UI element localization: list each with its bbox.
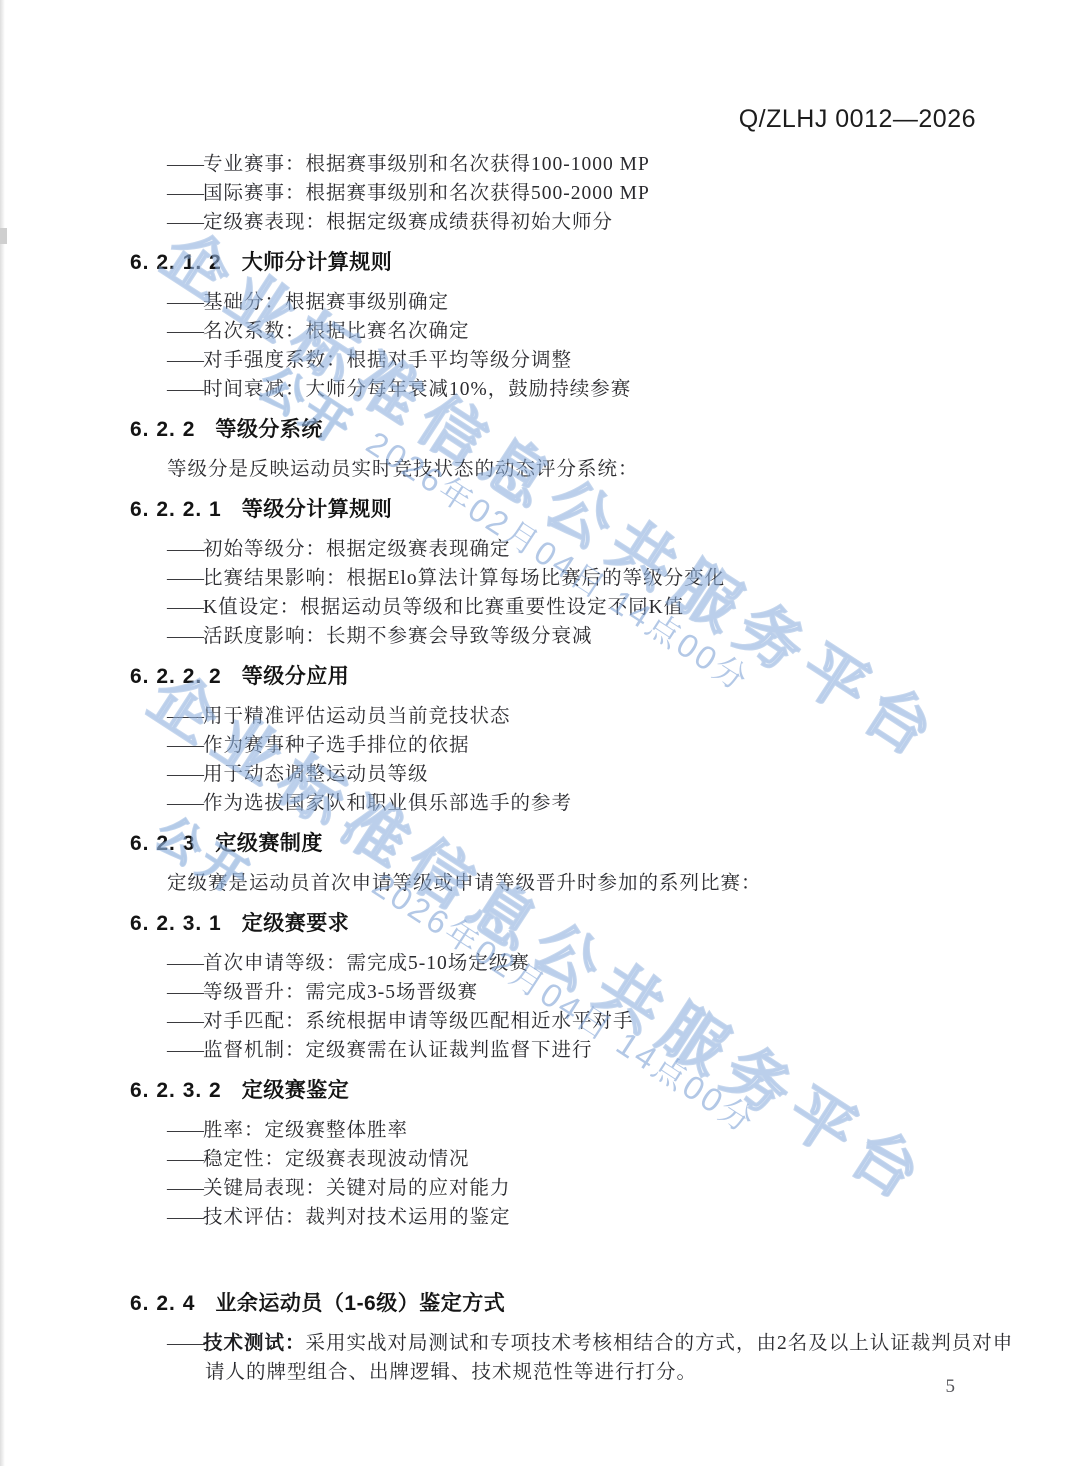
em-dash: —— <box>167 1040 203 1061</box>
section-number: 6. 2. 2 <box>130 418 195 441</box>
em-dash: —— <box>167 735 203 756</box>
section-title: 等级分系统 <box>215 418 323 441</box>
list-item-text: 稳定性：定级赛表现波动情况 <box>203 1149 470 1170</box>
scan-edge-notch <box>0 228 7 244</box>
list-item-text: 初始等级分：根据定级赛表现确定 <box>203 539 511 560</box>
section-heading: 6. 2. 1. 2大师分计算规则 <box>130 249 1016 276</box>
list-item: ——作为赛事种子选手排位的依据 <box>167 731 1016 760</box>
list-item-text: 作为选拔国家队和职业俱乐部选手的参考 <box>203 793 572 814</box>
list-item-text: 活跃度影响：长期不参赛会导致等级分衰减 <box>203 626 593 647</box>
em-dash: —— <box>167 706 203 727</box>
em-dash: —— <box>167 793 203 814</box>
list-item: ——国际赛事：根据赛事级别和名次获得500-2000 MP <box>167 179 1016 208</box>
list-item: ——专业赛事：根据赛事级别和名次获得100-1000 MP <box>167 150 1016 179</box>
section-number: 6. 2. 3 <box>130 832 195 855</box>
list-item-text: 定级赛表现：根据定级赛成绩获得初始大师分 <box>203 212 613 233</box>
list-item-text: 技术评估：裁判对技术运用的鉴定 <box>203 1207 511 1228</box>
document-page: { "page": { "doc_code": "Q/ZLHJ 0012—202… <box>0 0 1080 1466</box>
list-item: ——名次系数：根据比赛名次确定 <box>167 317 1016 346</box>
em-dash: —— <box>167 626 203 647</box>
list-item-text: 监督机制：定级赛需在认证裁判监督下进行 <box>203 1040 593 1061</box>
section-title: 等级分计算规则 <box>242 498 393 521</box>
list-item-text: K值设定：根据运动员等级和比赛重要性设定不同K值 <box>203 597 684 618</box>
list-item: ——首次申请等级：需完成5-10场定级赛 <box>167 949 1016 978</box>
em-dash: —— <box>167 982 203 1003</box>
section-number: 6. 2. 2. 1 <box>130 498 222 521</box>
list-item: ——对手匹配：系统根据申请等级匹配相近水平对手 <box>167 1007 1016 1036</box>
em-dash: —— <box>167 568 203 589</box>
em-dash: —— <box>167 350 203 371</box>
section-title: 大师分计算规则 <box>242 251 393 274</box>
section-number: 6. 2. 1. 2 <box>130 251 222 274</box>
list-item-text: 对手匹配：系统根据申请等级匹配相近水平对手 <box>203 1011 634 1032</box>
section-number: 6. 2. 4 <box>130 1292 195 1315</box>
em-dash: —— <box>167 379 203 400</box>
list-item: ——活跃度影响：长期不参赛会导致等级分衰减 <box>167 622 1016 651</box>
em-dash: —— <box>167 953 203 974</box>
em-dash: —— <box>167 1149 203 1170</box>
section-title: 等级分应用 <box>242 665 350 688</box>
list-item-text: 专业赛事：根据赛事级别和名次获得100-1000 MP <box>203 154 650 175</box>
list-item: ——稳定性：定级赛表现波动情况 <box>167 1145 1016 1174</box>
list-item: ——比赛结果影响：根据Elo算法计算每场比赛后的等级分变化 <box>167 564 1016 593</box>
list-item-text: 作为赛事种子选手排位的依据 <box>203 735 470 756</box>
list-item: ——监督机制：定级赛需在认证裁判监督下进行 <box>167 1036 1016 1065</box>
list-item: ——初始等级分：根据定级赛表现确定 <box>167 535 1016 564</box>
list-item-text: 对手强度系数：根据对手平均等级分调整 <box>203 350 572 371</box>
section-heading: 6. 2. 2等级分系统 <box>130 416 1016 443</box>
list-item-text: 基础分：根据赛事级别确定 <box>203 292 449 313</box>
list-item: ——K值设定：根据运动员等级和比赛重要性设定不同K值 <box>167 593 1016 622</box>
scan-edge-shadow <box>0 0 5 1466</box>
section-heading: 6. 2. 3定级赛制度 <box>130 830 1016 857</box>
document-body: ——专业赛事：根据赛事级别和名次获得100-1000 MP ——国际赛事：根据赛… <box>130 150 1016 1387</box>
em-dash: —— <box>167 292 203 313</box>
list-item-text: 用于精准评估运动员当前竞技状态 <box>203 706 511 727</box>
list-item: ——对手强度系数：根据对手平均等级分调整 <box>167 346 1016 375</box>
list-item-text: 用于动态调整运动员等级 <box>203 764 429 785</box>
list-item-text: 关键局表现：关键对局的应对能力 <box>203 1178 511 1199</box>
em-dash: —— <box>167 1333 203 1354</box>
list-item-text: 首次申请等级：需完成5-10场定级赛 <box>203 953 530 974</box>
em-dash: —— <box>167 597 203 618</box>
section-heading: 6. 2. 3. 1定级赛要求 <box>130 910 1016 937</box>
list-item-text: 名次系数：根据比赛名次确定 <box>203 321 470 342</box>
em-dash: —— <box>167 1120 203 1141</box>
list-item: ——胜率：定级赛整体胜率 <box>167 1116 1016 1145</box>
em-dash: —— <box>167 1207 203 1228</box>
section-title: 业余运动员（1-6级）鉴定方式 <box>215 1292 505 1315</box>
list-item: ——作为选拔国家队和职业俱乐部选手的参考 <box>167 789 1016 818</box>
section-title: 定级赛制度 <box>215 832 323 855</box>
list-item: ——时间衰减：大师分每年衰减10%，鼓励持续参赛 <box>167 375 1016 404</box>
em-dash: —— <box>167 1011 203 1032</box>
list-item: ——用于精准评估运动员当前竞技状态 <box>167 702 1016 731</box>
em-dash: —— <box>167 321 203 342</box>
list-item: ——用于动态调整运动员等级 <box>167 760 1016 789</box>
em-dash: —— <box>167 154 203 175</box>
list-item: ——基础分：根据赛事级别确定 <box>167 288 1016 317</box>
list-item-text: 胜率：定级赛整体胜率 <box>203 1120 408 1141</box>
list-item-text: 比赛结果影响：根据Elo算法计算每场比赛后的等级分变化 <box>203 568 725 589</box>
list-item: ——关键局表现：关键对局的应对能力 <box>167 1174 1016 1203</box>
list-item-text: 采用实战对局测试和专项技术考核相结合的方式，由2名及以上认证裁判员对申请人的牌型… <box>205 1333 1013 1383</box>
em-dash: —— <box>167 1178 203 1199</box>
section-heading: 6. 2. 2. 1等级分计算规则 <box>130 496 1016 523</box>
list-item: ——定级赛表现：根据定级赛成绩获得初始大师分 <box>167 208 1016 237</box>
list-item-text: 时间衰减：大师分每年衰减10%，鼓励持续参赛 <box>203 379 631 400</box>
em-dash: —— <box>167 183 203 204</box>
list-item-text: 等级晋升：需完成3-5场晋级赛 <box>203 982 478 1003</box>
em-dash: —— <box>167 212 203 233</box>
list-item-lead: 技术测试： <box>203 1332 306 1354</box>
section-title: 定级赛鉴定 <box>242 1079 350 1102</box>
list-item: ——技术评估：裁判对技术运用的鉴定 <box>167 1203 1016 1232</box>
section-number: 6. 2. 3. 1 <box>130 912 222 935</box>
paragraph: 定级赛是运动员首次申请等级或申请等级晋升时参加的系列比赛： <box>167 869 1016 898</box>
section-number: 6. 2. 2. 2 <box>130 665 222 688</box>
paragraph: 等级分是反映运动员实时竞技状态的动态评分系统： <box>167 455 1016 484</box>
em-dash: —— <box>167 539 203 560</box>
section-heading: 6. 2. 4业余运动员（1-6级）鉴定方式 <box>130 1290 1016 1317</box>
section-title: 定级赛要求 <box>242 912 350 935</box>
list-item: ——技术测试：采用实战对局测试和专项技术考核相结合的方式，由2名及以上认证裁判员… <box>167 1329 1016 1387</box>
document-code: Q/ZLHJ 0012—2026 <box>739 105 976 134</box>
section-heading: 6. 2. 2. 2等级分应用 <box>130 663 1016 690</box>
section-number: 6. 2. 3. 2 <box>130 1079 222 1102</box>
section-heading: 6. 2. 3. 2定级赛鉴定 <box>130 1077 1016 1104</box>
list-item-text: 国际赛事：根据赛事级别和名次获得500-2000 MP <box>203 183 650 204</box>
em-dash: —— <box>167 764 203 785</box>
list-item: ——等级晋升：需完成3-5场晋级赛 <box>167 978 1016 1007</box>
